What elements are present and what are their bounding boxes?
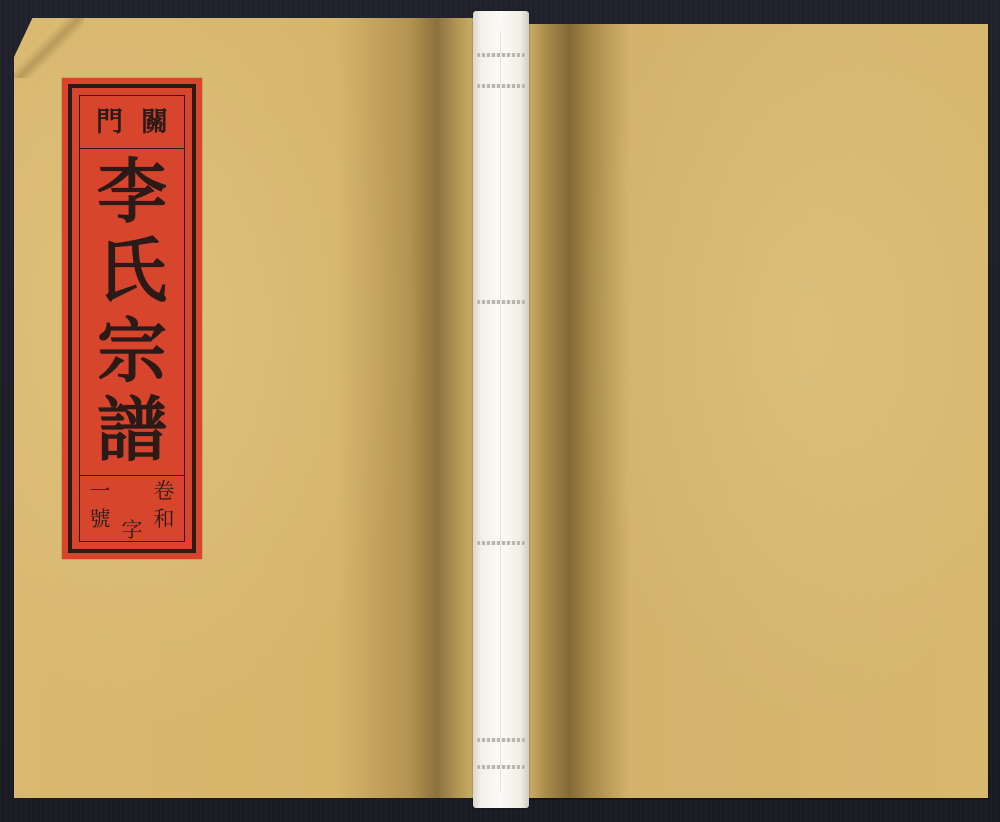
book-spine <box>473 11 529 808</box>
spine-stitch <box>477 738 525 742</box>
spine-stitch <box>477 84 525 88</box>
label-inner-border: 關 門 李 氏 宗 譜 卷 和 字 一 號 <box>79 95 185 542</box>
title-char: 譜 <box>97 395 167 465</box>
spine-stitch <box>477 765 525 769</box>
number-char: 一 <box>90 480 111 502</box>
spine-fold-line <box>500 31 501 791</box>
spine-stitch <box>477 300 525 304</box>
label-title: 李 氏 宗 譜 <box>80 152 184 470</box>
middle-column: 字 <box>122 480 143 541</box>
volume-column: 卷 和 <box>154 480 175 541</box>
middle-char: 字 <box>122 519 143 541</box>
spine-stitch <box>477 53 525 57</box>
volume-char: 卷 <box>154 480 175 502</box>
label-header-char: 關 <box>141 109 168 136</box>
label-header-char: 門 <box>96 109 123 136</box>
spine-stitch <box>477 541 525 545</box>
number-char: 號 <box>90 508 111 530</box>
back-cover <box>528 24 988 798</box>
title-char: 宗 <box>97 316 167 386</box>
title-char: 李 <box>97 157 167 227</box>
volume-char: 和 <box>154 508 175 530</box>
title-char: 氏 <box>97 236 167 306</box>
label-volume-info: 卷 和 字 一 號 <box>80 475 184 541</box>
number-column: 一 號 <box>90 480 111 541</box>
title-label: 關 門 李 氏 宗 譜 卷 和 字 一 號 <box>62 78 202 559</box>
label-header: 關 門 <box>80 96 184 149</box>
label-outer-border: 關 門 李 氏 宗 譜 卷 和 字 一 號 <box>68 84 196 553</box>
